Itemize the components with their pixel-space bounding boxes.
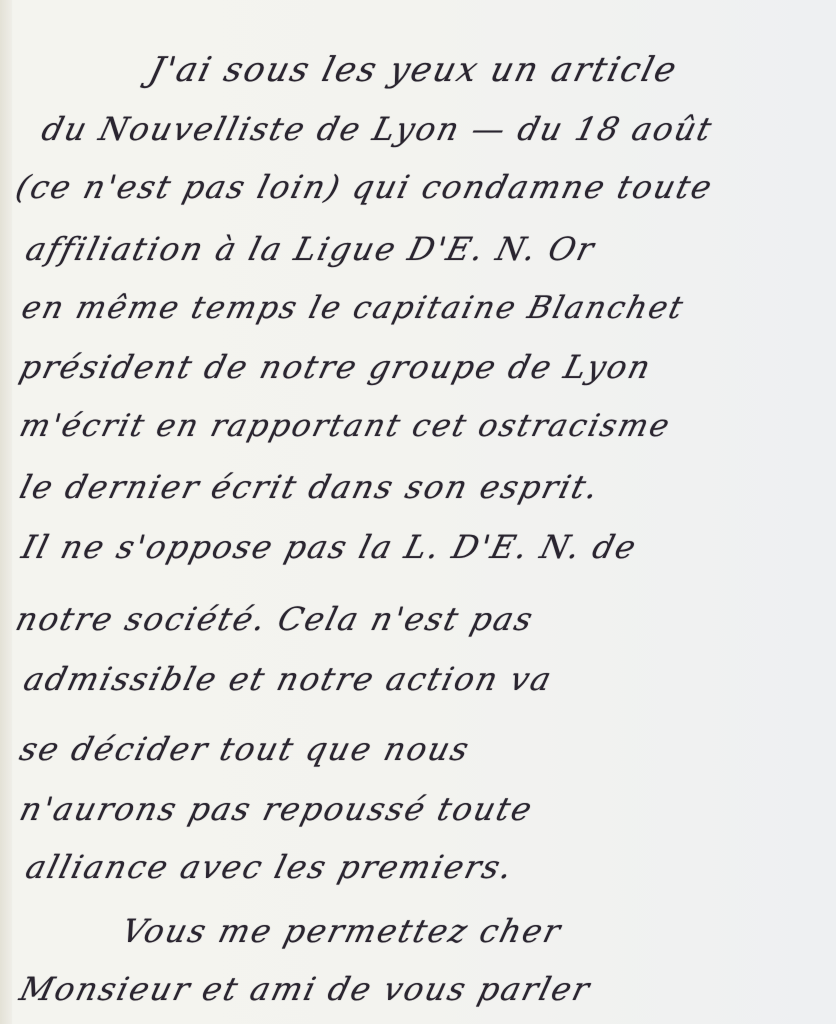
handwritten-line: du Nouvelliste de Lyon — du 18 août [38, 110, 717, 148]
handwritten-line: J'ai sous les yeux un article [145, 50, 682, 90]
handwritten-line: affiliation à la Ligue D'E. N. Or [22, 230, 600, 268]
handwritten-line: président de notre groupe de Lyon [16, 348, 656, 386]
handwritten-line: Monsieur et ami de vous parler [16, 970, 595, 1008]
page-edge [0, 0, 12, 1024]
handwritten-line: Il ne s'oppose pas la L. D'E. N. de [18, 528, 642, 566]
letter-page: J'ai sous les yeux un articledu Nouvelli… [0, 0, 836, 1024]
handwritten-line: en même temps le capitaine Blanchet [18, 290, 688, 326]
handwritten-line: (ce n'est pas loin) qui condamne toute [12, 168, 717, 206]
handwritten-line: se décider tout que nous [16, 730, 474, 768]
handwritten-line: m'écrit en rapportant cet ostracisme [16, 408, 675, 444]
handwritten-line: le dernier écrit dans son esprit. [16, 468, 604, 506]
handwritten-line: alliance avec les premiers. [22, 848, 518, 886]
handwritten-line: admissible et notre action va [20, 660, 557, 698]
handwritten-line: n'aurons pas repoussé toute [16, 790, 538, 828]
handwritten-line: notre société. Cela n'est pas [12, 600, 538, 638]
handwritten-line: Vous me permettez cher [118, 912, 566, 950]
